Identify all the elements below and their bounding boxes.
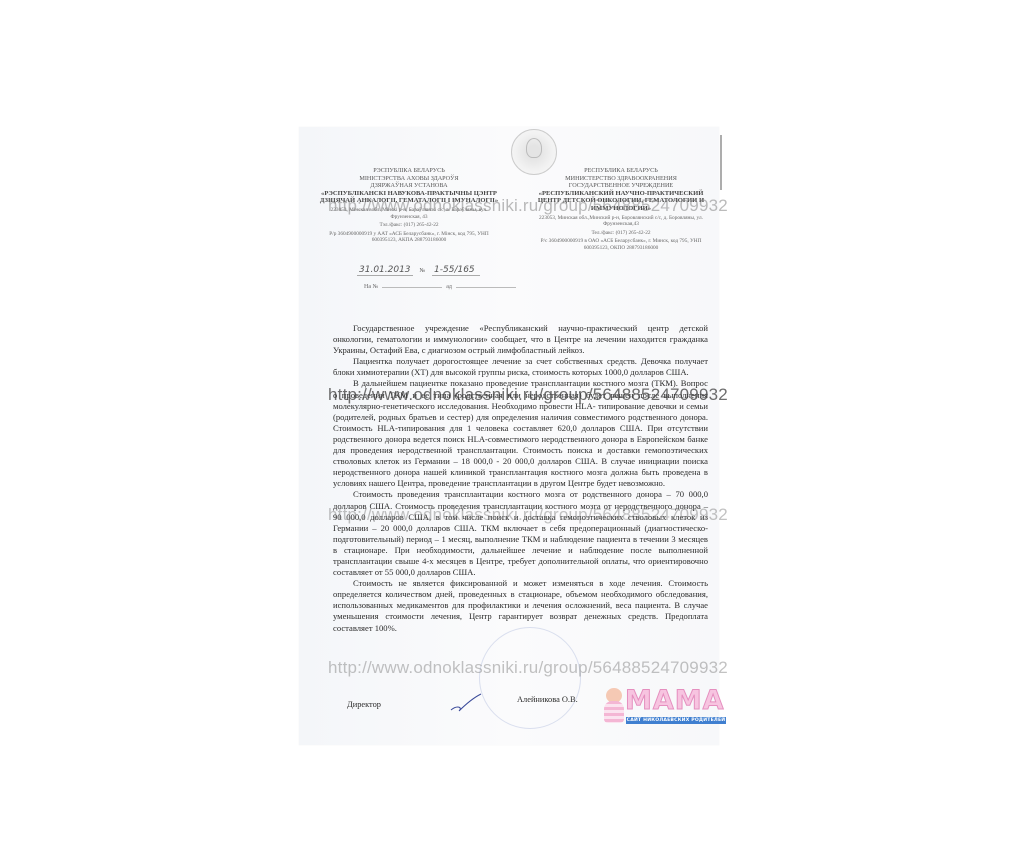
watermark-url: http://www.odnoklassniki.ru/group/564885… bbox=[328, 196, 728, 216]
document-page: РЭСПУБЛІКА БЕЛАРУСЬ МІНІСТЭРСТВА АХОВЫ З… bbox=[299, 127, 719, 745]
ref-label: На № bbox=[364, 284, 378, 290]
ref-from-label: ад bbox=[446, 284, 452, 290]
document-number: 1-55/165 bbox=[432, 265, 480, 276]
signature-role: Директор bbox=[347, 700, 381, 709]
number-label: № bbox=[419, 268, 425, 274]
header-institution-type: ГОСУДАРСТВЕННОЕ УЧРЕЖДЕНИЕ bbox=[531, 182, 711, 190]
header-country: РЕСПУБЛИКА БЕЛАРУСЬ bbox=[531, 167, 711, 175]
header-institution-type: ДЗЯРЖАЎНАЯ УСТАНОВА bbox=[319, 182, 499, 190]
mama-site-logo: МАМА САЙТ НИКОЛАЕВСКИХ РОДИТЕЛЕЙ bbox=[604, 686, 728, 730]
header-address: 223053, Минская обл.,Минский р-н, Боровл… bbox=[531, 215, 711, 228]
watermark-url: http://www.odnoklassniki.ru/group/564885… bbox=[328, 385, 728, 405]
watermark-url: http://www.odnoklassniki.ru/group/564885… bbox=[328, 505, 728, 525]
logo-text: МАМА bbox=[625, 686, 725, 716]
official-stamp bbox=[479, 627, 581, 729]
logo-tagline: САЙТ НИКОЛАЕВСКИХ РОДИТЕЛЕЙ bbox=[626, 717, 726, 724]
document-date: 31.01.2013 bbox=[357, 265, 413, 276]
signature-name: Алейникова О.В. bbox=[517, 695, 578, 704]
paragraph: Государственное учреждение «Республиканс… bbox=[333, 323, 708, 356]
header-country: РЭСПУБЛІКА БЕЛАРУСЬ bbox=[319, 167, 499, 175]
paragraph: Стоимость проведения трансплантации кост… bbox=[333, 489, 708, 578]
watermark-url: http://www.odnoklassniki.ru/group/564885… bbox=[328, 658, 728, 678]
header-bank: Р/р 3604900000919 у ААТ «АСБ Беларусбанк… bbox=[319, 231, 499, 244]
baby-icon bbox=[604, 688, 624, 724]
header-phone: Тэл./факс: (017) 265-42-22 bbox=[319, 222, 499, 229]
paragraph: Стоимость не является фиксированной и мо… bbox=[333, 578, 708, 633]
scan-edge bbox=[720, 135, 722, 190]
header-phone: Тел./факс: (017) 265-42-22 bbox=[531, 230, 711, 237]
header-bank: Р/с 3604900000919 в ОАО «АСБ Беларусбанк… bbox=[531, 238, 711, 251]
date-number-line: 31.01.2013 № 1-55/165 bbox=[357, 265, 480, 276]
paragraph: Пациентка получает дорогостоящее лечение… bbox=[333, 356, 708, 378]
signature-icon bbox=[449, 693, 483, 713]
letter-body: Государственное учреждение «Республиканс… bbox=[333, 323, 708, 634]
reference-line: На №ад bbox=[364, 284, 520, 290]
header-ministry: МИНИСТЕРСТВО ЗДРАВООХРАНЕНИЯ bbox=[531, 175, 711, 183]
